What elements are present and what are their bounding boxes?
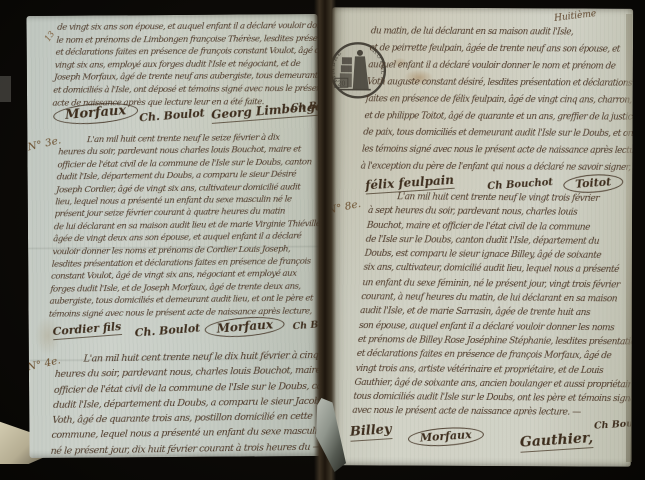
handwritten-line: et de peirrette feulpain, âgée de trente… xyxy=(369,40,624,58)
handwritten-line: auquel enfant il a déclaré vouloir donne… xyxy=(368,57,623,75)
handwritten-line: Voth auguste constant désiré, lesdites p… xyxy=(366,74,621,92)
page-stack-edge xyxy=(626,14,632,462)
signature-morfaux: Morfaux xyxy=(407,425,484,448)
register-scan: 13 de vingt six ans son épouse, et auque… xyxy=(0,0,645,480)
folio-corner-mark: 13 xyxy=(43,30,56,43)
left-page: 13 de vingt six ans son épouse, et auque… xyxy=(26,14,320,458)
signature-row-record-8: Billey Morfaux Gauthier, Ch Bouchot xyxy=(342,417,628,452)
margin-note-act-3: N° 3e. xyxy=(26,134,62,153)
signature-cordier: Cordier fils xyxy=(52,320,122,340)
record-7-closing-paragraph: du matin, de lui déclarant en sa maison … xyxy=(360,23,625,176)
signature-row-record-7: félix feulpain Ch Bouchot Toitot xyxy=(365,173,619,208)
corner-annotation: Huitième xyxy=(554,9,597,24)
handwritten-line: faites en présence de félix feulpain, âg… xyxy=(365,91,620,109)
handwritten-line: et domiciliés à l'Isle, ont déposé et té… xyxy=(53,83,316,97)
right-page: Huitième 20 TIMBRE ROYAL xyxy=(330,7,633,467)
handwritten-line: les témoins signé avec nous le présent a… xyxy=(361,142,616,160)
signature-boulot: Ch. Boulot xyxy=(139,107,205,125)
record-2-closing-paragraph: de vingt six ans son épouse, et auquel e… xyxy=(52,20,320,110)
signature-bouchot: Ch Bouchot xyxy=(487,177,553,192)
signature-row-record-3: Cordier fils Ch. Boulot Morfaux Ch Bouch… xyxy=(53,317,321,353)
signature-morfaux: Morfaux xyxy=(53,100,139,126)
handwritten-line: et de philippe Toitot, âgé de quarante e… xyxy=(364,108,619,126)
scan-border-notch xyxy=(0,76,11,102)
handwritten-line: de paix, tous domiciliés et demeurant au… xyxy=(363,125,618,143)
signature-toitot: Toitot xyxy=(563,173,624,195)
record-4-opening-paragraph: L'an mil huit cent trente neuf le dix hu… xyxy=(50,348,320,458)
handwritten-line: du matin, de lui déclarant en sa maison … xyxy=(370,23,625,41)
signature-morfaux: Morfaux xyxy=(204,314,286,339)
signature-feulpain: félix feulpain xyxy=(365,173,455,195)
record-8-paragraph: L'an mil huit cent trente neuf le vingt … xyxy=(352,190,630,421)
signature-billey: Billey xyxy=(349,422,392,442)
signature-row-record-2: Morfaux Ch. Boulot Georg Limbongen Ch Bo… xyxy=(53,100,319,136)
signature-boulot: Ch. Boulot xyxy=(134,322,200,340)
signature-gauthier: Gauthier, xyxy=(519,430,593,453)
record-3-paragraph: L'an mil huit cent trente neuf le seize … xyxy=(49,131,321,320)
